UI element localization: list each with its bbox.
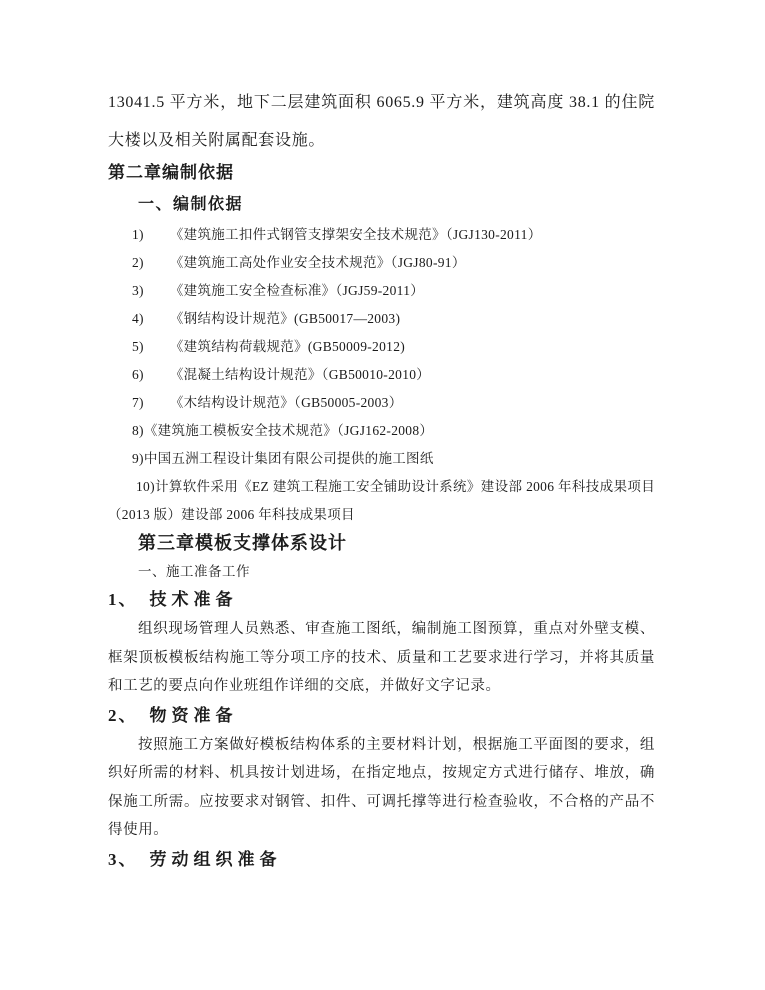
list-item-text: 计算软件采用《EZ 建筑工程施工安全铺助设计系统》建设部 2006 年科技成果项… — [108, 479, 655, 522]
list-item-number: 10) — [136, 479, 155, 494]
list-item: 7)《木结构设计规范》（GB50005-2003） — [108, 389, 655, 417]
list-item-text: 《建筑施工高处作业安全技术规范》（JGJ80-91） — [170, 255, 466, 270]
subsection-number: 3、 — [108, 850, 138, 869]
subsection-body-material: 按照施工方案做好模板结构体系的主要材料计划，根据施工平面图的要求，组织好所需的材… — [108, 731, 655, 845]
list-item: 1)《建筑施工扣件式钢管支撑架安全技术规范》（JGJ130-2011） — [108, 221, 655, 249]
list-item: 10)计算软件采用《EZ 建筑工程施工安全铺助设计系统》建设部 2006 年科技… — [108, 473, 655, 529]
list-item-number: 8) — [132, 423, 144, 438]
list-item-number: 9) — [132, 451, 144, 466]
list-item-text: 中国五洲工程设计集团有限公司提供的施工图纸 — [144, 451, 434, 466]
chapter3-title: 第三章模板支撑体系设计 — [108, 529, 655, 557]
subsection-number: 1、 — [108, 590, 138, 609]
list-item: 3)《建筑施工安全检查标准》（JGJ59-2011） — [108, 277, 655, 305]
list-item-text: 《木结构设计规范》（GB50005-2003） — [170, 395, 403, 410]
document-page: 13041.5 平方米，地下二层建筑面积 6065.9 平方米，建筑高度 38.… — [0, 0, 765, 990]
subsection-title: 技术准备 — [150, 590, 238, 609]
list-item-text: 《建筑施工扣件式钢管支撑架安全技术规范》（JGJ130-2011） — [170, 227, 542, 242]
subsection-number: 2、 — [108, 706, 138, 725]
list-item-number: 3) — [132, 283, 144, 298]
list-item: 2)《建筑施工高处作业安全技术规范》（JGJ80-91） — [108, 249, 655, 277]
subsection-body-technical: 组织现场管理人员熟悉、审查施工图纸，编制施工图预算，重点对外壁支模、框架顶板模板… — [108, 615, 655, 701]
chapter3-section-title: 一、施工准备工作 — [108, 559, 655, 585]
chapter2-section-title: 一、编制依据 — [108, 191, 655, 219]
list-item-text: 《建筑结构荷载规范》(GB50009-2012) — [170, 339, 405, 354]
list-item-number: 2) — [132, 255, 144, 270]
reference-list: 1)《建筑施工扣件式钢管支撑架安全技术规范》（JGJ130-2011） 2)《建… — [108, 221, 655, 529]
list-item-text: 《钢结构设计规范》(GB50017—2003) — [170, 311, 400, 326]
subsection-heading-material: 2、物资准备 — [108, 701, 655, 731]
list-item-number: 6) — [132, 367, 144, 382]
subsection-heading-technical: 1、技术准备 — [108, 585, 655, 615]
intro-paragraph: 13041.5 平方米，地下二层建筑面积 6065.9 平方米，建筑高度 38.… — [108, 84, 655, 160]
list-item-number: 5) — [132, 339, 144, 354]
list-item-number: 1) — [132, 227, 144, 242]
list-item-text: 《混凝土结构设计规范》（GB50010-2010） — [170, 367, 430, 382]
list-item-number: 7) — [132, 395, 144, 410]
subsection-heading-labor: 3、劳动组织准备 — [108, 845, 655, 875]
list-item-text: 《建筑施工安全检查标准》（JGJ59-2011） — [170, 283, 424, 298]
list-item: 8)《建筑施工模板安全技术规范》（JGJ162-2008） — [108, 417, 655, 445]
list-item-text: 《建筑施工模板安全技术规范》（JGJ162-2008） — [144, 423, 433, 438]
list-item: 5)《建筑结构荷载规范》(GB50009-2012) — [108, 333, 655, 361]
subsection-title: 物资准备 — [150, 706, 238, 725]
list-item: 6)《混凝土结构设计规范》（GB50010-2010） — [108, 361, 655, 389]
list-item: 4)《钢结构设计规范》(GB50017—2003) — [108, 305, 655, 333]
list-item: 9)中国五洲工程设计集团有限公司提供的施工图纸 — [108, 445, 655, 473]
list-item-number: 4) — [132, 311, 144, 326]
chapter2-title: 第二章编制依据 — [108, 160, 655, 186]
subsection-title: 劳动组织准备 — [150, 850, 282, 869]
